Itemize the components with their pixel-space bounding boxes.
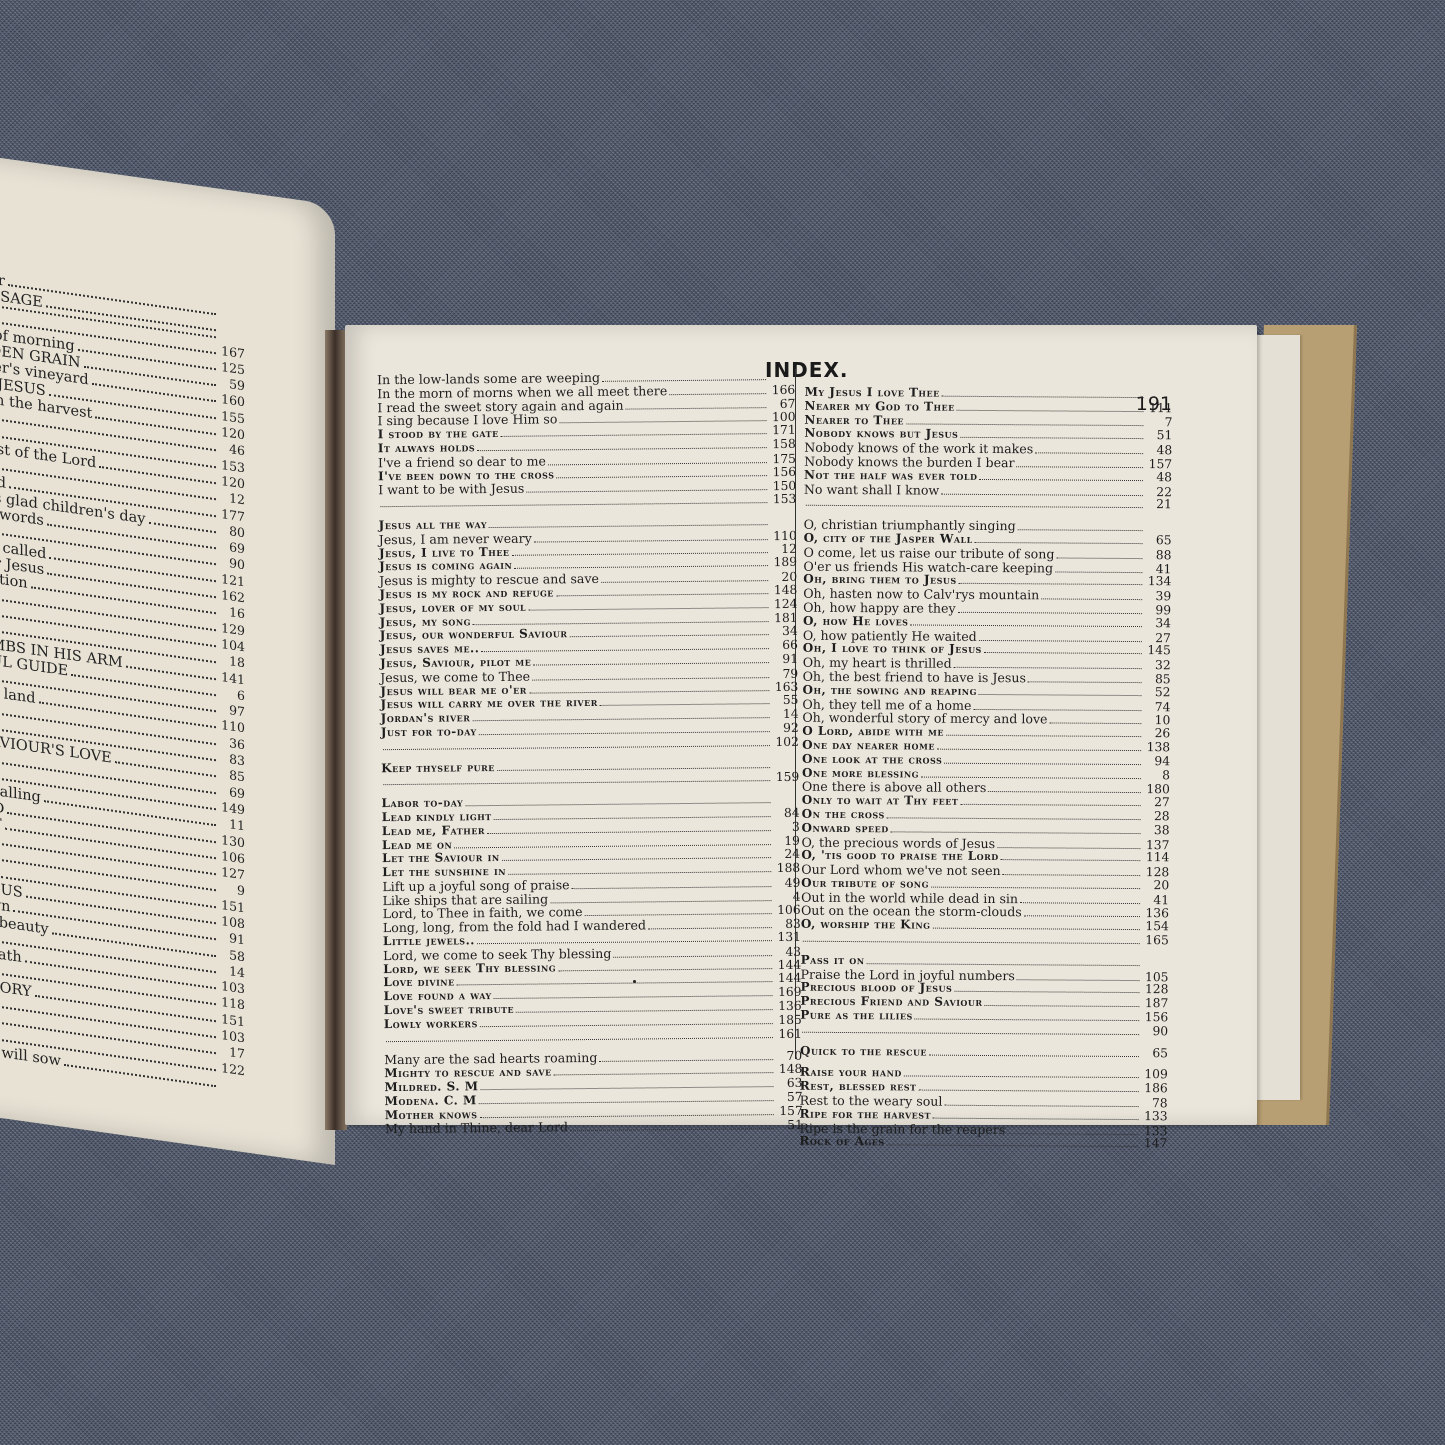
hymn-page-number: 111 (1146, 402, 1172, 416)
hymn-page-number: 159 (773, 771, 799, 785)
dot-leader (548, 462, 767, 465)
hymn-page-number: 94 (1144, 755, 1170, 769)
dot-leader (648, 927, 772, 929)
hymn-page-number: 88 (1145, 549, 1171, 563)
hymn-title: Rock of Ages (799, 1135, 884, 1149)
index-entry: O, worship the King154 (801, 918, 1169, 934)
dot-leader (599, 1060, 773, 1063)
dot-leader (585, 914, 772, 917)
book-spine-gutter (325, 330, 347, 1130)
hymn-page-number: 90 (1142, 1025, 1168, 1039)
dot-leader (988, 791, 1141, 793)
dot-leader (960, 437, 1143, 439)
dot-leader (533, 662, 769, 665)
open-hymnal: herESSAGE167d of morning125LDEN GRAIN59s… (0, 0, 1445, 1445)
dot-leader (906, 423, 1143, 426)
dot-leader (1041, 599, 1142, 601)
hymn-page-number: 188 (774, 862, 800, 876)
hymn-page-number: 91 (772, 653, 798, 667)
dot-leader (918, 1090, 1138, 1093)
ink-spot (633, 980, 636, 983)
index-column-left: In the low-lands some are weepingIn the … (377, 369, 803, 1137)
dot-leader (932, 928, 1139, 930)
hymn-title: O, worship the King (801, 918, 931, 933)
dot-leader (1050, 723, 1142, 725)
hymn-page-number: 114 (1143, 851, 1169, 865)
dot-leader (1056, 557, 1142, 559)
hymn-page-number: 138 (1144, 741, 1170, 755)
hymn-page-number: 156 (1142, 1011, 1168, 1025)
dot-leader (529, 690, 769, 694)
dot-leader (973, 708, 1141, 710)
dot-leader (921, 776, 1141, 779)
hymn-page-number: 3 (774, 821, 800, 835)
dot-leader (454, 844, 771, 848)
hymn-page-number: 39 (1145, 590, 1171, 604)
dot-leader (959, 583, 1143, 585)
dot-leader (1055, 571, 1142, 573)
dot-leader (472, 717, 769, 721)
hymn-title: Lowly workers (384, 1017, 478, 1032)
hymn-page-number: 102 (773, 736, 799, 750)
hymn-page-number: 147 (1141, 1138, 1167, 1152)
dot-leader (1020, 902, 1140, 904)
dot-leader (516, 1009, 773, 1013)
dot-leader (891, 831, 1141, 834)
dot-leader (937, 749, 1141, 751)
dot-leader (904, 1076, 1139, 1079)
dot-leader (558, 968, 772, 971)
dot-leader (946, 735, 1141, 737)
hymn-page-number (219, 1088, 245, 1092)
dot-leader (944, 762, 1141, 764)
hymn-title: Keep thyself pure (381, 761, 495, 776)
hymn-page-number: 49 (774, 877, 800, 891)
dot-leader (477, 447, 767, 451)
dot-leader (929, 1054, 1139, 1056)
dot-leader (508, 871, 771, 875)
dot-leader (613, 955, 772, 958)
hymn-page-number: 38 (1144, 824, 1170, 838)
hymn-page-number: 124 (771, 598, 797, 612)
hymn-page-number: 51 (1146, 430, 1172, 444)
dot-leader (979, 479, 1143, 481)
dot-leader (958, 612, 1142, 614)
right-page-index: INDEX. 191 In the low-lands some are wee… (345, 325, 1257, 1125)
hymn-title: No want shall I know (804, 482, 939, 497)
dot-leader (979, 639, 1142, 641)
dot-leader (1001, 859, 1141, 861)
hymn-page-number: 34 (1145, 617, 1171, 631)
hymn-title-fragment: OT (0, 814, 2, 833)
dot-leader (556, 475, 767, 478)
index-entry: Pure as the lilies156 (800, 1009, 1168, 1025)
hymn-page-number: 189 (771, 556, 797, 570)
hymn-page-number: 131 (775, 931, 801, 945)
hymn-page-number: 65 (1146, 534, 1172, 548)
hymn-page-number: 186 (1142, 1082, 1168, 1096)
hymn-page-number: 166 (769, 384, 795, 398)
dot-leader (941, 493, 1143, 495)
hymn-page-number: 145 (1145, 644, 1171, 658)
hymn-page-number: 134 (1145, 575, 1171, 589)
left-page: herESSAGE167d of morning125LDEN GRAIN59s… (0, 155, 335, 1165)
dot-leader (465, 802, 770, 806)
hymn-page-number: 7 (1146, 416, 1172, 430)
dot-leader (954, 991, 1139, 993)
dot-leader (380, 502, 767, 507)
dot-leader (481, 648, 769, 652)
dot-leader (383, 745, 770, 750)
dot-leader (570, 1129, 774, 1132)
dot-leader (957, 410, 1144, 412)
dot-leader (479, 731, 770, 735)
index-entry: No want shall I know22 (804, 482, 1172, 498)
hymn-page-number: 65 (1142, 1047, 1168, 1061)
hymn-title: O, how He loves (803, 614, 909, 629)
dot-leader (601, 580, 768, 583)
dot-leader (494, 816, 771, 820)
hymn-title: Lord, we seek Thy blessing (383, 961, 556, 977)
hymn-title-fragment: own (0, 895, 10, 916)
dot-leader (975, 542, 1143, 544)
hymn-page-number: 74 (1144, 701, 1170, 715)
index-entry: 165 (801, 932, 1169, 948)
hymn-page-number: 26 (1144, 727, 1170, 741)
hymn-title: Lead me, Father (382, 824, 485, 839)
dot-leader (457, 982, 773, 986)
hymn-page-number: 63 (776, 1077, 802, 1091)
dot-leader (960, 804, 1140, 806)
index-entry: 90 (800, 1023, 1168, 1039)
dot-leader (979, 694, 1142, 696)
hymn-page-number: 27 (1144, 796, 1170, 810)
dot-leader (569, 634, 768, 637)
dot-leader (1024, 916, 1140, 918)
dot-leader (501, 433, 767, 437)
hymn-page-number: 165 (1143, 934, 1169, 948)
hymn-title: Onward speed (802, 821, 889, 835)
hymn-page-number: 28 (1144, 810, 1170, 824)
dot-leader (802, 1032, 1139, 1035)
index-column-right: My Jesus I love TheeNearer my God to The… (799, 386, 1172, 1152)
hymn-page-number: 156 (770, 465, 796, 479)
dot-leader (479, 1100, 774, 1104)
dot-leader (487, 830, 771, 834)
hymn-page-number (219, 338, 245, 342)
hymn-title: Long, long, from the fold had I wandered (383, 919, 646, 936)
dot-leader (1035, 453, 1143, 455)
dot-leader (1018, 529, 1143, 531)
hymn-page-number: 158 (770, 438, 796, 452)
dot-leader (626, 407, 767, 409)
dot-leader (944, 1105, 1138, 1107)
dot-leader (489, 524, 768, 528)
dot-leader (481, 1086, 774, 1090)
hymn-page-number: 52 (1144, 686, 1170, 700)
hymn-title: Quick to the rescue (800, 1044, 927, 1059)
dot-leader (550, 900, 771, 903)
dot-leader (473, 621, 769, 625)
hymn-title: Just for to-day (381, 725, 477, 740)
index-entry: 21 (804, 496, 1172, 512)
hymn-title-fragment: ved (0, 472, 6, 492)
hymn-page-number: 21 (1146, 498, 1172, 512)
dot-leader (803, 941, 1140, 944)
dot-leader (532, 677, 769, 680)
dot-leader (915, 1019, 1140, 1022)
hymn-page-number: 133 (1142, 1110, 1168, 1124)
dot-leader (942, 396, 1144, 398)
dot-leader (494, 995, 773, 999)
index-entry: Quick to the rescue65 (800, 1044, 1168, 1060)
hymn-title: Pure as the lilies (800, 1009, 913, 1024)
hymn-title: Jesus will carry me over the river (380, 696, 598, 712)
hymn-page-number: 20 (1143, 879, 1169, 893)
dot-leader (1017, 466, 1144, 468)
dot-leader (514, 565, 768, 569)
dot-leader (985, 1005, 1140, 1007)
dot-leader (600, 703, 770, 706)
hymn-page-number (219, 316, 245, 320)
dot-leader (502, 857, 771, 861)
dot-leader (383, 780, 770, 785)
dot-leader (997, 847, 1140, 849)
dot-leader (1028, 681, 1142, 683)
hymn-page-number: 8 (1144, 769, 1170, 783)
hymn-title-fragment: ND (0, 798, 4, 818)
dot-leader (954, 667, 1142, 669)
hymn-title-fragment: her (0, 270, 5, 290)
hymn-page-number (219, 332, 245, 336)
dot-leader (480, 1023, 773, 1027)
hymn-title: I want to be with Jesus (378, 482, 524, 497)
index-entry: My hand in Thine, dear Lord51 (385, 1118, 803, 1136)
dot-leader (479, 1114, 773, 1118)
dot-leader (559, 421, 766, 424)
dot-leader (910, 624, 1142, 627)
dot-leader (556, 593, 768, 596)
dot-leader (931, 887, 1140, 889)
dot-leader (867, 963, 1140, 966)
dot-leader (534, 539, 768, 542)
hymn-page-number: 84 (774, 807, 800, 821)
dot-leader (512, 552, 768, 556)
index-entry: Rock of Ages147 (799, 1135, 1167, 1151)
dot-leader (1007, 1133, 1138, 1135)
hymn-page-number: 92 (773, 722, 799, 736)
left-page-index-lines: herESSAGE167d of morning125LDEN GRAIN59s… (0, 270, 245, 1095)
hymn-page-number: 161 (776, 1027, 802, 1041)
dot-leader (669, 393, 766, 395)
hymn-page-number: 48 (1146, 471, 1172, 485)
dot-leader (554, 1072, 774, 1075)
dot-leader (526, 490, 767, 494)
hymn-page-number: 32 (1145, 659, 1171, 673)
dot-leader (386, 1037, 773, 1042)
dot-leader (887, 1145, 1139, 1148)
hymn-page-number: 148 (771, 584, 797, 598)
hymn-page-number: 153 (770, 493, 796, 507)
hymn-page-number: 136 (776, 1000, 802, 1014)
dot-leader (602, 379, 766, 382)
hymn-title: Pass it on (801, 954, 865, 968)
dot-leader (887, 817, 1141, 820)
dot-leader (497, 767, 770, 771)
hymn-page-number: 185 (776, 1014, 802, 1028)
dot-leader (528, 607, 768, 611)
dot-leader (1003, 874, 1141, 876)
hymn-title: My hand in Thine, dear Lord (385, 1121, 568, 1137)
dot-leader (477, 940, 772, 944)
dot-leader (572, 886, 772, 889)
dot-leader (933, 1117, 1139, 1119)
dot-leader (806, 505, 1143, 508)
hymn-page-number: 122 (219, 1059, 245, 1079)
dot-leader (984, 652, 1142, 654)
dot-leader (1017, 979, 1140, 981)
